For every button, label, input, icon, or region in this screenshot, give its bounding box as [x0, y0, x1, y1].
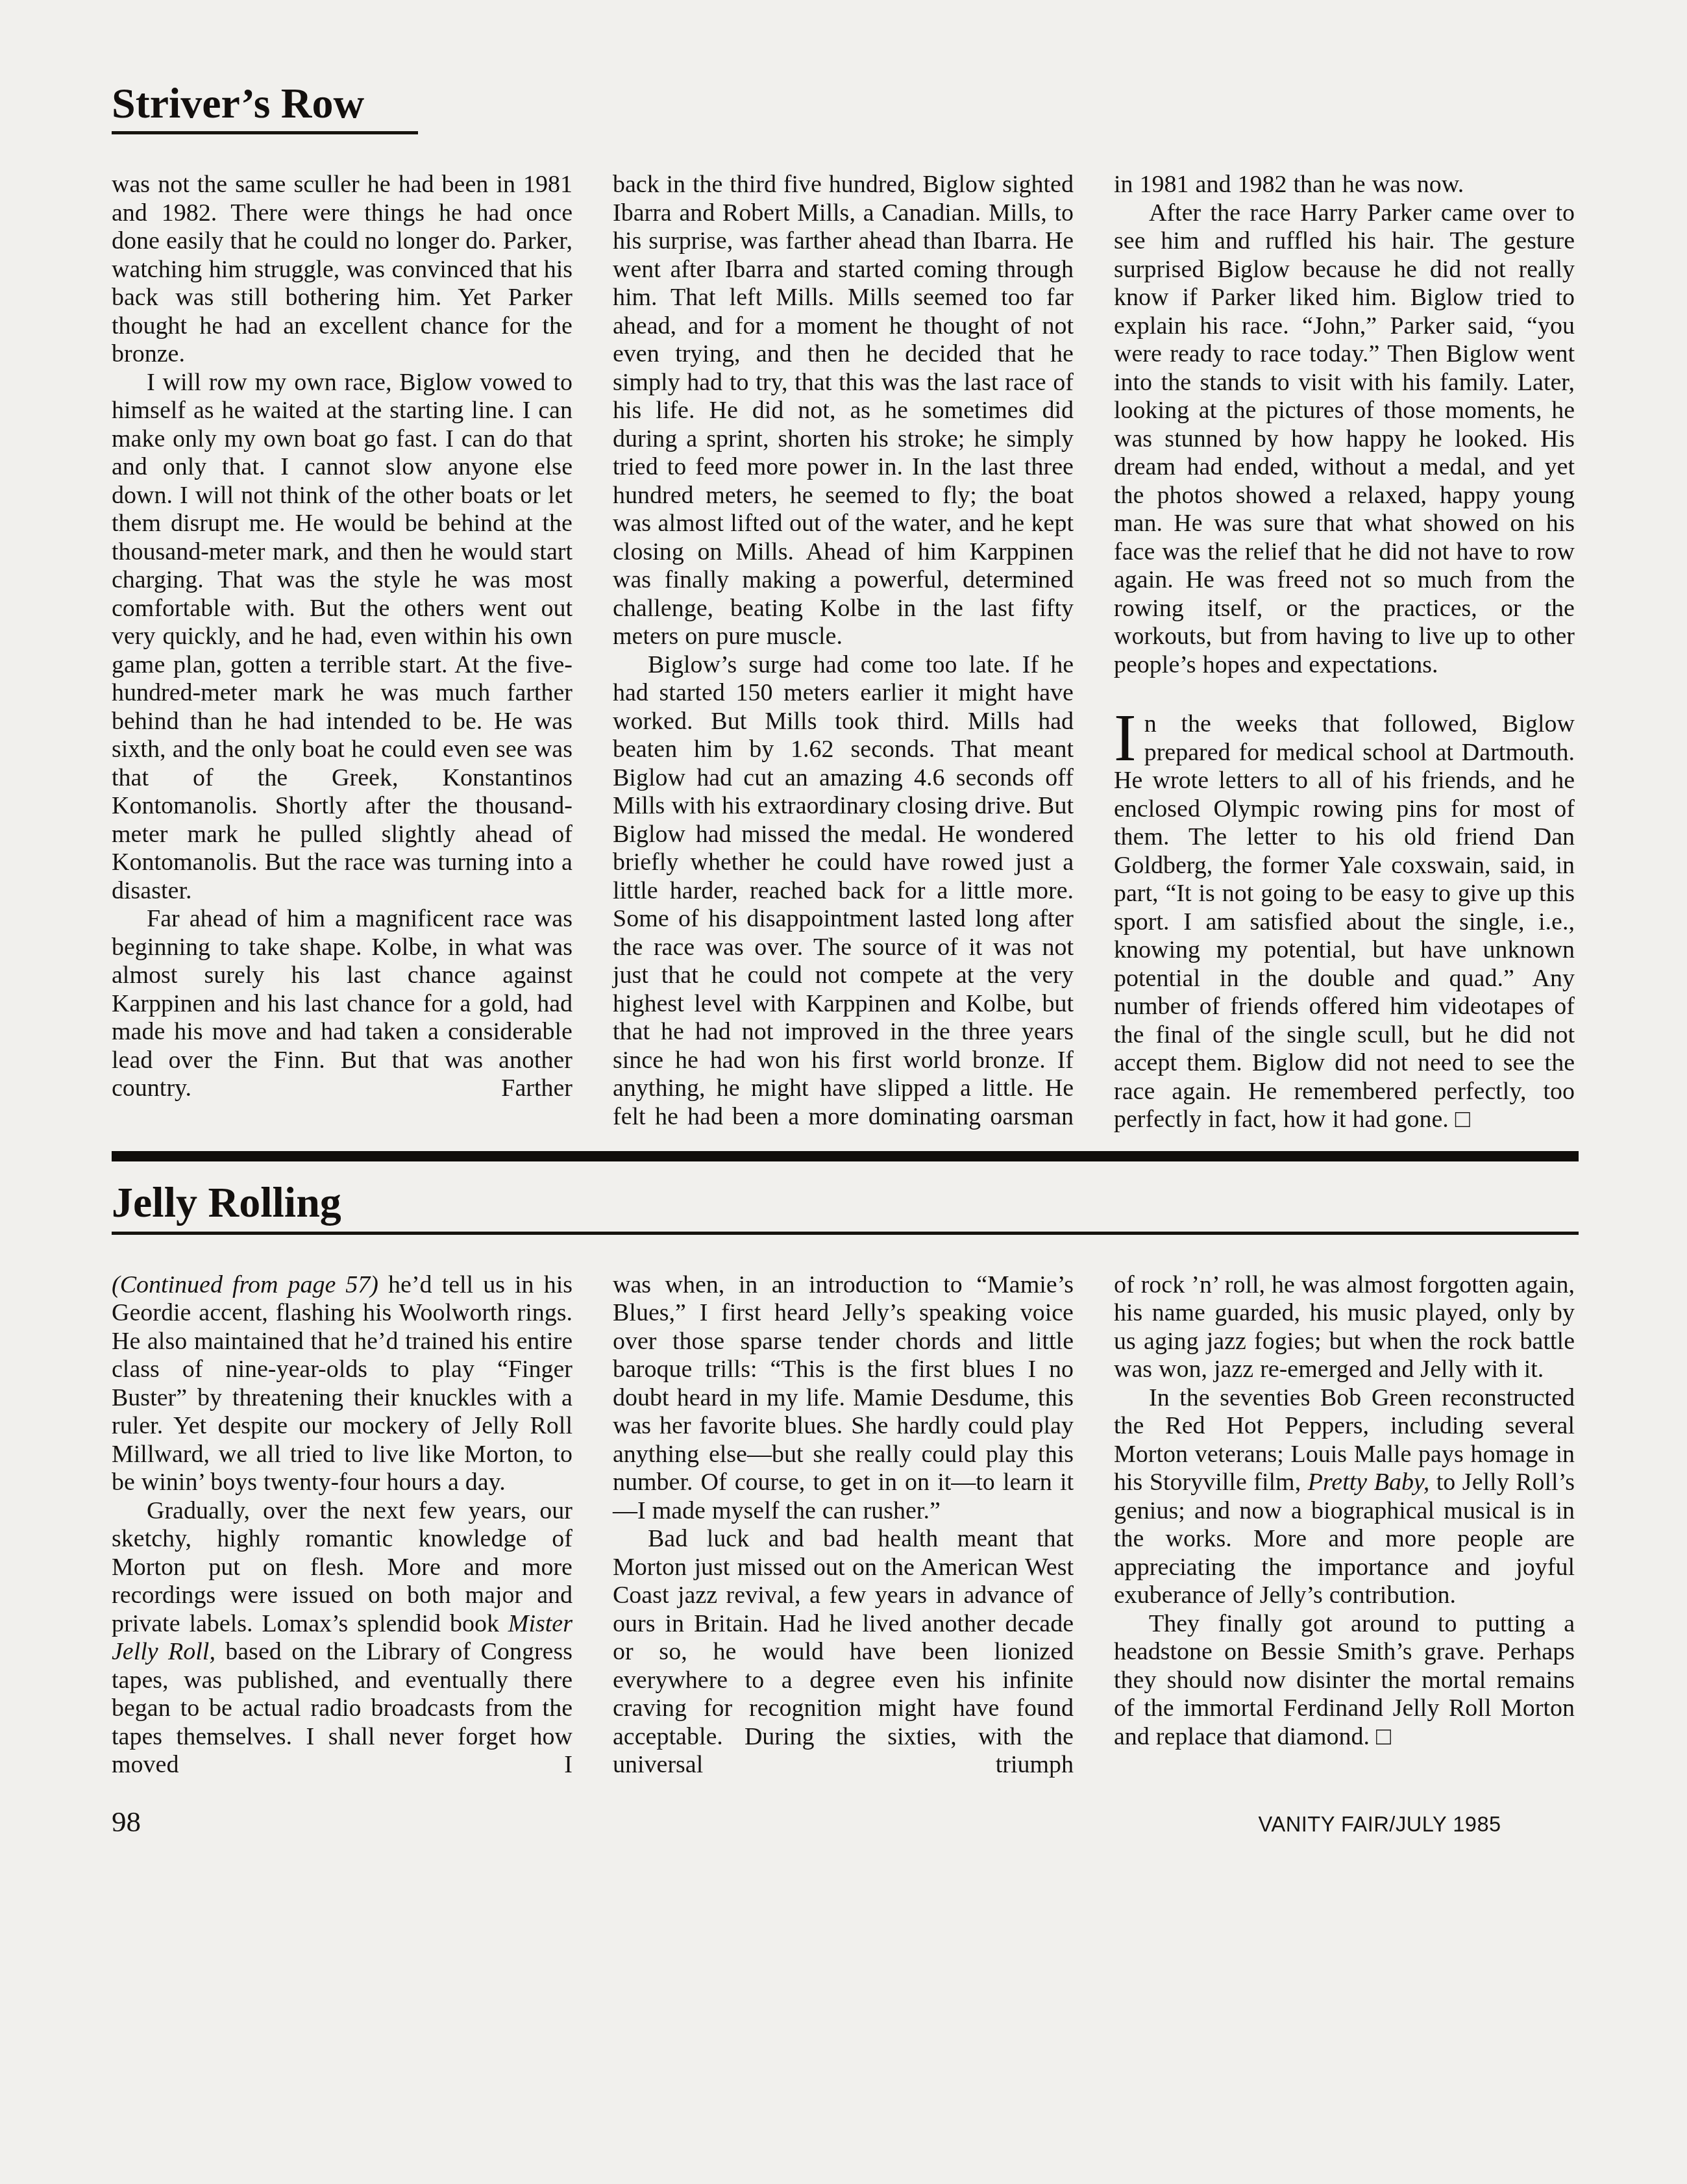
text-segment: Bad luck and bad health meant that Morto…	[613, 1525, 1074, 1778]
column-3: of rock ’n’ roll, he was almost forgotte…	[1114, 1271, 1575, 1752]
text-segment: was when, in an introduction to “Mamie’s…	[613, 1271, 1074, 1524]
text-segment: back in the third five hundred, Biglow s…	[613, 171, 1074, 650]
text-segment: in 1981 and 1982 than he was now.	[1114, 171, 1464, 198]
title-rule	[112, 131, 418, 134]
paragraph: was when, in an introduction to “Mamie’s…	[613, 1271, 1074, 1526]
text-segment: was not the same sculler he had been in …	[112, 171, 573, 367]
text-segment: After the race Harry Parker came over to…	[1114, 199, 1575, 678]
paragraph: Far ahead of him a magnificent race was …	[112, 905, 573, 1103]
italic-text-segment: (Continued from page 57)	[112, 1271, 388, 1298]
text-segment: I will row my own race, Biglow vowed to …	[112, 369, 573, 904]
text-segment: Biglow’s surge had come too late. If he …	[613, 651, 1074, 1130]
paragraph: In the weeks that followed, Biglow prepa…	[1114, 710, 1575, 1134]
text-segment: They finally got around to putting a hea…	[1114, 1610, 1575, 1750]
paragraph: After the race Harry Parker came over to…	[1114, 199, 1575, 680]
section-divider-rule	[112, 1151, 1579, 1161]
drop-cap: I	[1114, 710, 1144, 763]
column-2: was when, in an introduction to “Mamie’s…	[613, 1271, 1074, 1780]
paragraph: of rock ’n’ roll, he was almost forgotte…	[1114, 1271, 1575, 1384]
article-jelly-rolling: Jelly Rolling (Continued from page 57) h…	[112, 1181, 1579, 1780]
text-segment: of rock ’n’ roll, he was almost forgotte…	[1114, 1271, 1575, 1384]
paragraph: (Continued from page 57) he’d tell us in…	[112, 1271, 573, 1497]
footer-credit: VANITY FAIR/JULY 1985	[1259, 1811, 1501, 1839]
article-title-strivers-row: Striver’s Row	[112, 82, 1579, 126]
paragraph: back in the third five hundred, Biglow s…	[613, 171, 1074, 651]
paragraph: I will row my own race, Biglow vowed to …	[112, 369, 573, 906]
magazine-page: Striver’s Row was not the same sculler h…	[0, 0, 1687, 2184]
paragraph: was not the same sculler he had been in …	[112, 171, 573, 369]
article-columns: was not the same sculler he had been in …	[112, 171, 1579, 1134]
paragraph: Gradually, over the next few years, our …	[112, 1497, 573, 1780]
column-1: (Continued from page 57) he’d tell us in…	[112, 1271, 573, 1780]
column-2: back in the third five hundred, Biglow s…	[613, 171, 1074, 1131]
paragraph: In the seventies Bob Green reconstructed…	[1114, 1384, 1575, 1610]
paragraph: Biglow’s surge had come too late. If he …	[613, 651, 1074, 1132]
paragraph: Bad luck and bad health meant that Morto…	[613, 1525, 1074, 1780]
column-1: was not the same sculler he had been in …	[112, 171, 573, 1103]
text-segment: he’d tell us in his Geordie accent, flas…	[112, 1271, 573, 1496]
text-segment: n the weeks that followed, Biglow prepar…	[1114, 710, 1575, 1133]
page-footer: 98 VANITY FAIR/JULY 1985	[112, 1808, 1579, 1839]
page-number: 98	[112, 1808, 141, 1837]
article-columns: (Continued from page 57) he’d tell us in…	[112, 1271, 1579, 1780]
article-strivers-row: Striver’s Row was not the same sculler h…	[112, 82, 1579, 1134]
text-segment: Gradually, over the next few years, our …	[112, 1497, 573, 1637]
paragraph: They finally got around to putting a hea…	[1114, 1610, 1575, 1752]
column-3: in 1981 and 1982 than he was now.After t…	[1114, 171, 1575, 1134]
italic-text-segment: Pretty Baby,	[1308, 1469, 1429, 1496]
article-title-jelly-rolling: Jelly Rolling	[112, 1181, 1579, 1225]
text-segment: Far ahead of him a magnificent race was …	[112, 905, 573, 1102]
title-underline-rule	[112, 1232, 1579, 1235]
paragraph: in 1981 and 1982 than he was now.	[1114, 171, 1575, 199]
